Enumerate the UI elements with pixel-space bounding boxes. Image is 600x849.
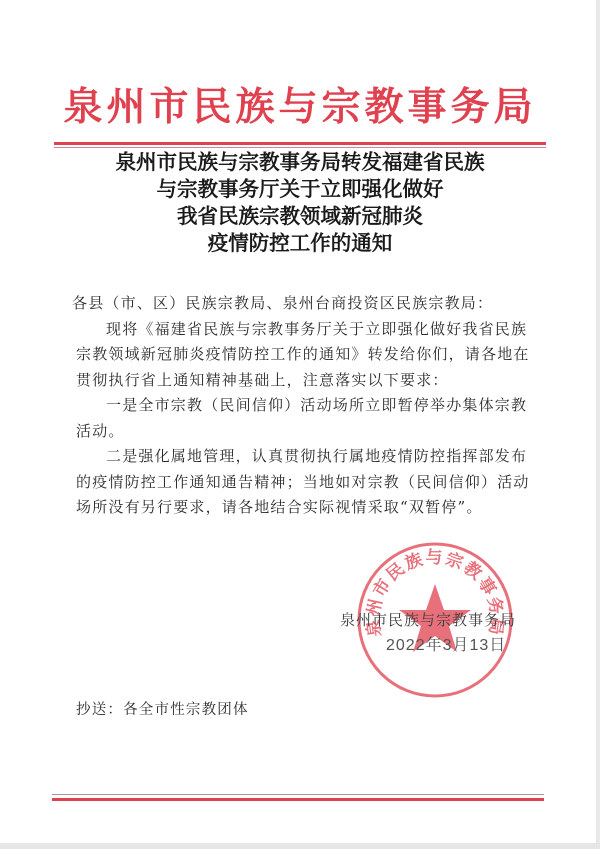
signature-block: 泉州市民族与宗教事务局 2022年3月13日 xyxy=(340,608,540,658)
title-line: 泉州市民族与宗教事务局转发福建省民族 xyxy=(0,149,600,176)
masthead-rule-thin xyxy=(54,147,546,148)
paragraph: 二是强化属地管理，认真贯彻执行属地疫情防控指挥部发布的疫情防控工作通知通告精神；… xyxy=(76,444,536,521)
document-page: 泉州市民族与宗教事务局 泉州市民族与宗教事务局转发福建省民族 与宗教事务厅关于立… xyxy=(0,0,597,843)
title-line: 疫情防控工作的通知 xyxy=(0,230,600,257)
footer-rule-thick xyxy=(52,798,544,801)
masthead-title: 泉州市民族与宗教事务局 xyxy=(0,82,600,132)
paragraph: 现将《福建省民族与宗教事务厅关于立即强化做好我省民族宗教领域新冠肺炎疫情防控工作… xyxy=(76,317,536,394)
signature-organization: 泉州市民族与宗教事务局 xyxy=(340,608,540,633)
title-line: 与宗教事务厅关于立即强化做好 xyxy=(0,176,600,203)
title-line: 我省民族宗教领域新冠肺炎 xyxy=(0,203,600,230)
paragraph: 一是全市宗教（民间信仰）活动场所立即暂停举办集体宗教活动。 xyxy=(76,393,536,444)
cc-line: 抄送：各全市性宗教团体 xyxy=(76,698,249,719)
salutation: 各县（市、区）民族宗教局、泉州台商投资区民族宗教局： xyxy=(72,291,536,317)
footer-rule-thin xyxy=(52,794,544,795)
signature-date: 2022年3月13日 xyxy=(340,633,540,658)
page-bottom-edge xyxy=(0,843,600,849)
document-title: 泉州市民族与宗教事务局转发福建省民族 与宗教事务厅关于立即强化做好 我省民族宗教… xyxy=(0,149,600,257)
masthead-rule-thick xyxy=(54,142,546,145)
document-body: 各县（市、区）民族宗教局、泉州台商投资区民族宗教局： 现将《福建省民族与宗教事务… xyxy=(76,291,536,521)
